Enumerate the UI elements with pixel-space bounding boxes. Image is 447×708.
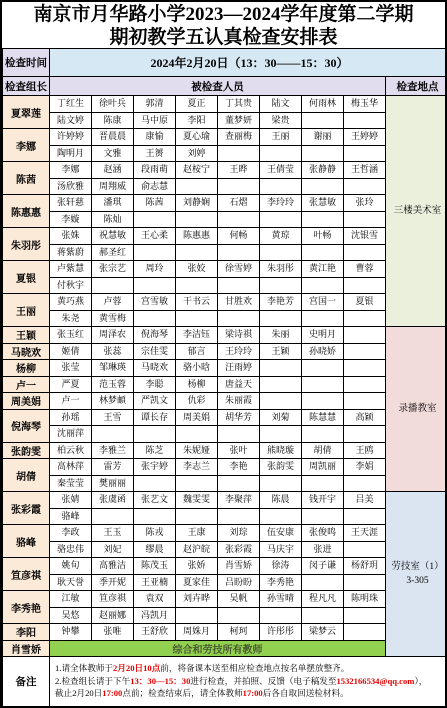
group-leader-cell: 陈惠惠 — [3, 195, 50, 228]
empty-cell — [176, 508, 218, 525]
group-leader-cell: 李阳 — [3, 624, 50, 641]
person-cell: 王亚楠 — [134, 574, 176, 591]
person-cell: 王天涯 — [344, 525, 386, 542]
person-cell: 梅玉华 — [344, 96, 386, 113]
empty-cell — [260, 607, 302, 624]
person-cell: 笪彦祺 — [92, 591, 134, 608]
remark-text: 后各自取回送检材料。 — [263, 688, 349, 698]
empty-cell — [260, 145, 302, 162]
person-cell: 张轩慈 — [50, 195, 92, 212]
person-cell: 陈芝 — [134, 442, 176, 459]
empty-cell — [302, 277, 344, 294]
person-cell: 夏家佳 — [176, 574, 218, 591]
empty-cell — [344, 178, 386, 195]
person-cell: 秦莹莹 — [50, 475, 92, 492]
person-cell: 李雅兰 — [92, 442, 134, 459]
location-column-header: 检查地点 — [386, 77, 447, 96]
person-cell: 李秀艳 — [260, 574, 302, 591]
table-row: 王丽黄巧燕卢蓉宫雪敏干书云甘胜欢李艳芳宫国一夏银 — [3, 294, 447, 311]
person-cell: 陈慧慧 — [302, 409, 344, 426]
empty-cell — [302, 211, 344, 228]
empty-cell — [92, 508, 134, 525]
person-cell: 李玲玲 — [260, 195, 302, 212]
person-cell: 赵沪皖 — [176, 541, 218, 558]
person-cell: 郭清 — [134, 96, 176, 113]
remark-highlight: 1532166534@qq.com — [336, 676, 414, 686]
empty-cell — [344, 393, 386, 410]
person-cell: 张慧敏 — [302, 195, 344, 212]
table-row: 马晓欢姬倩张蕊宗佳雯郁言王玲玲王颖孙晓娇 — [3, 343, 447, 360]
remark-highlight: 17:00 — [243, 688, 263, 698]
person-cell: 刘婷 — [176, 145, 218, 162]
person-cell: 赵涵 — [92, 162, 134, 179]
empty-cell — [344, 624, 386, 641]
person-cell: 李艳芳 — [260, 294, 302, 311]
person-cell: 蒋紫蔚 — [50, 244, 92, 261]
empty-cell — [260, 393, 302, 410]
person-cell: 许彤彤 — [260, 624, 302, 641]
empty-cell — [134, 426, 176, 443]
person-cell: 赵丽娜 — [92, 607, 134, 624]
person-cell: 杨舒玥 — [344, 558, 386, 575]
person-cell: 石熠 — [218, 195, 260, 212]
person-cell: 王康 — [176, 525, 218, 542]
person-cell: 马晓欢 — [134, 360, 176, 377]
person-cell: 张娇 — [176, 558, 218, 575]
person-cell: 王哲涵 — [344, 162, 386, 179]
empty-cell — [344, 145, 386, 162]
empty-cell — [302, 360, 344, 377]
person-cell: 孙雪晴 — [260, 591, 302, 608]
empty-cell — [302, 112, 344, 129]
empty-cell — [302, 244, 344, 261]
table-row: 耿天誉季开妮王亚楠夏家佳吕盼盼李秀艳 — [3, 574, 447, 591]
empty-cell — [260, 310, 302, 327]
person-cell: 高雅洁 — [92, 558, 134, 575]
table-row: 周美娟卢一林梦頔严凯文仇彩朱丽霞 — [3, 393, 447, 410]
person-cell: 夏正 — [176, 96, 218, 113]
person-cell: 王丽 — [260, 129, 302, 146]
inspected-column-header: 被检查人员 — [50, 77, 386, 96]
person-cell: 王赟 — [134, 145, 176, 162]
person-cell: 闵子谦 — [302, 558, 344, 575]
person-cell: 张姣 — [176, 261, 218, 278]
person-cell: 郁言 — [176, 343, 218, 360]
group-leader-cell: 张韵雯 — [3, 442, 50, 459]
empty-cell — [302, 574, 344, 591]
person-cell: 陈茜 — [134, 195, 176, 212]
empty-cell — [302, 178, 344, 195]
person-cell: 张静静 — [302, 162, 344, 179]
person-cell: 夏心瑜 — [176, 129, 218, 146]
group-leader-cell: 倪海琴 — [3, 409, 50, 442]
person-cell: 雷芳 — [92, 459, 134, 476]
empty-cell — [260, 376, 302, 393]
person-cell: 陆文 — [260, 96, 302, 113]
person-cell: 骆忠伟 — [50, 541, 92, 558]
person-cell: 张蕊 — [92, 343, 134, 360]
person-cell: 梁贵 — [260, 112, 302, 129]
person-cell: 张韵雯 — [260, 459, 302, 476]
empty-cell — [344, 277, 386, 294]
table-row: 陈茜李娜赵涵段雨萌赵桉宁王晔王倩莹张静静王哲涵 — [3, 162, 447, 179]
person-cell: 付秋宇 — [50, 277, 92, 294]
empty-cell — [302, 393, 344, 410]
empty-cell — [260, 244, 302, 261]
table-row: 付秋宇 — [3, 277, 447, 294]
person-cell: 张莹 — [50, 360, 92, 377]
person-cell: 张宗艺 — [92, 261, 134, 278]
remark-body: 1.请全体教师于2月20日10点前，将备课本送至相应检查地点按名单摆放整齐。2.… — [50, 656, 447, 706]
person-cell: 冯凯月 — [134, 607, 176, 624]
group-leader-cell: 夏银 — [3, 261, 50, 294]
person-cell: 卢蓉 — [92, 294, 134, 311]
table-row: 沈丽萍 — [3, 426, 447, 443]
empty-cell — [344, 574, 386, 591]
remark-text: 点前；检查结束后，请全体教师 — [122, 688, 242, 698]
person-cell: 王倩莹 — [260, 162, 302, 179]
person-cell: 孙晓娇 — [302, 343, 344, 360]
person-cell: 仇彩 — [176, 393, 218, 410]
group-leader-cell: 张彩霞 — [3, 492, 50, 525]
empty-cell — [260, 475, 302, 492]
remark-line: 2.检查组长请于下午13：30—15：30进行检查，并拍照、反馈（电子稿发至15… — [55, 675, 445, 688]
inspection-table: 检查时间 2024年2月20日（13：30——15：30） 检查组长 被检查人员… — [2, 48, 447, 707]
empty-cell — [134, 244, 176, 261]
table-row: 王颖张玉红周泽农倪海琴李洁钰梁诗祺朱丽史明月录播教室 — [3, 327, 447, 344]
person-cell: 李政 — [50, 525, 92, 542]
person-cell: 熊晓璇 — [260, 442, 302, 459]
person-cell: 文雅 — [92, 145, 134, 162]
person-cell: 张虞函 — [92, 492, 134, 509]
person-cell: 王舒欣 — [134, 624, 176, 641]
empty-cell — [218, 211, 260, 228]
inspection-table-body: 夏翠莲丁红生徐叶兵郭清夏正丁其贵陆文何雨林梅玉华三楼美术室陆文婷陈康马中原李阳董… — [3, 96, 447, 657]
empty-cell — [260, 360, 302, 377]
table-row: 卢一严夏范玉蓉李聪杨柳唐益天 — [3, 376, 447, 393]
empty-cell — [344, 343, 386, 360]
person-cell: 柯珂 — [218, 624, 260, 641]
location-cell: 劳技室（1） 3-305 — [386, 492, 447, 657]
person-cell: 陈茂玉 — [134, 558, 176, 575]
group-leader-cell: 朱羽彤 — [3, 228, 50, 261]
group-leader-cell: 骆峰 — [3, 525, 50, 558]
person-cell: 梁诗祺 — [218, 327, 260, 344]
person-cell: 康愉 — [134, 129, 176, 146]
empty-cell — [260, 426, 302, 443]
location-cell: 三楼美术室 — [386, 96, 447, 327]
person-cell: 徐雪婷 — [218, 261, 260, 278]
table-row: 杨柳张莹邹琳瑛马晓欢骆小晗汪雨婷 — [3, 360, 447, 377]
person-cell: 史明月 — [302, 327, 344, 344]
person-cell: 李志兰 — [176, 459, 218, 476]
table-row: 陈惠惠张轩慈潘琪陈茜刘静娴石熠李玲玲张慧敏张玲 — [3, 195, 447, 212]
person-cell: 袁双 — [134, 591, 176, 608]
empty-cell — [302, 145, 344, 162]
table-row: 秦莹莹樊丽丽 — [3, 475, 447, 492]
person-cell: 姬倩 — [50, 343, 92, 360]
person-cell: 周玲 — [134, 261, 176, 278]
table-row: 李嫙陈灿 — [3, 211, 447, 228]
person-cell: 何雨林 — [302, 96, 344, 113]
person-cell: 马中原 — [134, 112, 176, 129]
person-cell: 姚旬 — [50, 558, 92, 575]
person-cell: 周泽农 — [92, 327, 134, 344]
person-cell: 张叶 — [218, 442, 260, 459]
table-row: 骆峰 — [3, 508, 447, 525]
person-cell: 王颖 — [260, 343, 302, 360]
person-cell: 刘菊 — [260, 409, 302, 426]
person-cell: 张姝 — [50, 228, 92, 245]
table-row: 朱尧黄雪梅 — [3, 310, 447, 327]
empty-cell — [344, 376, 386, 393]
person-cell: 王婷婷 — [344, 129, 386, 146]
person-cell: 吕美 — [344, 492, 386, 509]
empty-cell — [260, 277, 302, 294]
person-cell: 季开妮 — [92, 574, 134, 591]
location-cell: 录播教室 — [386, 327, 447, 492]
empty-cell — [134, 211, 176, 228]
group-leader-cell: 陈茜 — [3, 162, 50, 195]
inspection-table-head: 检查时间 2024年2月20日（13：30——15：30） 检查组长 被检查人员… — [3, 49, 447, 96]
remark-text: ）， — [414, 676, 427, 686]
empty-cell — [218, 277, 260, 294]
empty-cell — [344, 541, 386, 558]
remark-highlight: 17:00 — [102, 688, 122, 698]
person-cell: 柏云秋 — [50, 442, 92, 459]
empty-cell — [344, 244, 386, 261]
group-leader-cell: 李娜 — [3, 129, 50, 162]
remark-text: 前，将备课本送至相应检查地点按名单摆放整齐。 — [160, 663, 349, 673]
table-row: 李娜许婷婷晋晨晨康愉夏心瑜查丽梅王丽谢丽王婷婷 — [3, 129, 447, 146]
empty-cell — [176, 178, 218, 195]
table-row: 夏银卢紫慧张宗艺周玲张姣徐雪婷朱羽彤黄江艳曹蓉 — [3, 261, 447, 278]
group-leader-cell: 卢一 — [3, 376, 50, 393]
person-cell: 王雪 — [92, 409, 134, 426]
person-cell: 徐涛 — [260, 558, 302, 575]
empty-cell — [218, 475, 260, 492]
person-cell: 朱羽彤 — [260, 261, 302, 278]
person-cell: 叶畅 — [302, 228, 344, 245]
person-cell: 谭长存 — [134, 409, 176, 426]
group-leader-cell: 杨柳 — [3, 360, 50, 377]
person-cell: 陈晨 — [260, 492, 302, 509]
person-cell: 张玉红 — [50, 327, 92, 344]
table-row: 李秀艳江敏笪彦祺袁双刘卉晔吴帆孙雪晴程凡凡陈明珠 — [3, 591, 447, 608]
person-cell: 干书云 — [176, 294, 218, 311]
person-cell: 高林萍 — [50, 459, 92, 476]
person-cell: 陈明珠 — [344, 591, 386, 608]
empty-cell — [344, 508, 386, 525]
person-cell: 宫雪敏 — [134, 294, 176, 311]
empty-cell — [344, 475, 386, 492]
person-cell: 董梦妍 — [218, 112, 260, 129]
person-cell: 朱丽 — [260, 327, 302, 344]
person-cell: 骆峰 — [50, 508, 92, 525]
table-row: 笪彦祺姚旬高雅洁陈茂玉张娇肖雪娇徐涛闵子谦杨舒玥 — [3, 558, 447, 575]
empty-cell — [134, 277, 176, 294]
person-cell: 吴帆 — [218, 591, 260, 608]
person-cell: 曹蓉 — [344, 261, 386, 278]
empty-cell — [176, 277, 218, 294]
person-cell: 张彩霞 — [218, 541, 260, 558]
person-cell: 魏雯雯 — [176, 492, 218, 509]
group-leader-cell: 李秀艳 — [3, 591, 50, 624]
empty-cell — [176, 211, 218, 228]
empty-cell — [344, 607, 386, 624]
person-cell: 唐益天 — [218, 376, 260, 393]
person-cell: 张艺文 — [134, 492, 176, 509]
person-cell: 祝慧敏 — [92, 228, 134, 245]
group-leader-cell: 笪彦祺 — [3, 558, 50, 591]
table-row: 胡倩高林萍雷芳张宇婷李志兰李艳张韵雯周凯丽李娟 — [3, 459, 447, 476]
empty-cell — [176, 244, 218, 261]
person-cell: 邹琳瑛 — [92, 360, 134, 377]
person-cell: 王鸥 — [344, 442, 386, 459]
person-cell: 张玲 — [344, 195, 386, 212]
person-cell: 张唯 — [92, 624, 134, 641]
person-cell: 刘妃 — [92, 541, 134, 558]
person-cell: 朱尧 — [50, 310, 92, 327]
empty-cell — [260, 508, 302, 525]
person-cell: 黄巧燕 — [50, 294, 92, 311]
person-cell: 周凯丽 — [302, 459, 344, 476]
person-cell: 沈银雪 — [344, 228, 386, 245]
person-cell: 江敏 — [50, 591, 92, 608]
person-cell: 耿天誉 — [50, 574, 92, 591]
person-cell: 程凡凡 — [302, 591, 344, 608]
person-cell: 陈惠惠 — [176, 228, 218, 245]
person-cell: 晋晨晨 — [92, 129, 134, 146]
empty-cell — [344, 310, 386, 327]
person-cell: 汪雨婷 — [218, 360, 260, 377]
person-cell: 杨柳 — [176, 376, 218, 393]
person-cell: 黄江艳 — [302, 261, 344, 278]
remark-highlight: 2月20日10点 — [113, 663, 160, 673]
person-cell: 俞志慧 — [134, 178, 176, 195]
person-cell: 李聪 — [134, 376, 176, 393]
empty-cell — [302, 607, 344, 624]
remark-text: 2.检查组长请于下午 — [55, 676, 130, 686]
table-row: 骆忠伟刘妃缪晨赵沪皖张彩霞马庆宇张进 — [3, 541, 447, 558]
person-cell: 肖雪娇 — [218, 558, 260, 575]
person-cell: 马庆宇 — [260, 541, 302, 558]
page-title-line2: 期初教学五认真检查安排表 — [2, 26, 445, 49]
person-cell: 段雨萌 — [134, 162, 176, 179]
person-cell: 孙瑶 — [50, 409, 92, 426]
person-cell: 缪晨 — [134, 541, 176, 558]
empty-cell — [218, 145, 260, 162]
person-cell: 张俊鸣 — [302, 525, 344, 542]
empty-cell — [302, 310, 344, 327]
person-cell: 王玉 — [92, 525, 134, 542]
person-cell: 周姝月 — [176, 624, 218, 641]
person-cell: 朱丽霞 — [218, 393, 260, 410]
person-cell: 陈康 — [92, 112, 134, 129]
person-cell: 丁其贵 — [218, 96, 260, 113]
group-leader-cell: 胡倩 — [3, 459, 50, 492]
column-header-row: 检查组长 被检查人员 检查地点 — [3, 77, 447, 96]
empty-cell — [218, 508, 260, 525]
group-leader-cell: 夏翠莲 — [3, 96, 50, 129]
person-cell: 严凯文 — [134, 393, 176, 410]
person-cell: 甘胜欢 — [218, 294, 260, 311]
empty-cell — [302, 376, 344, 393]
table-row: 张韵雯柏云秋李雅兰陈芝朱妮娅张叶熊晓璇胡倩王鸥 — [3, 442, 447, 459]
empty-cell — [134, 475, 176, 492]
empty-cell — [344, 211, 386, 228]
person-cell: 李阳 — [176, 112, 218, 129]
empty-cell — [260, 178, 302, 195]
person-cell: 樊丽丽 — [92, 475, 134, 492]
table-row: 肖雪娇综合和劳技所有教师 — [3, 640, 447, 656]
time-row: 检查时间 2024年2月20日（13：30——15：30） — [3, 49, 447, 77]
empty-cell — [302, 426, 344, 443]
page-title: 南京市月华路小学2023—2024学年度第二学期 期初教学五认真检查安排表 — [2, 2, 445, 48]
table-row: 倪海琴孙瑶王雪谭长存周美娟胡华芳刘菊陈慧慧高颖 — [3, 409, 447, 426]
group-leader-cell: 王丽 — [3, 294, 50, 327]
remark-text: 1.请全体教师于 — [55, 663, 113, 673]
group-leader-cell: 周美娟 — [3, 393, 50, 410]
person-cell: 潘琪 — [92, 195, 134, 212]
person-cell: 吕盼盼 — [218, 574, 260, 591]
empty-cell — [218, 178, 260, 195]
person-cell: 胡华芳 — [218, 409, 260, 426]
person-cell: 黄雪梅 — [92, 310, 134, 327]
empty-cell — [344, 426, 386, 443]
person-cell: 查丽梅 — [218, 129, 260, 146]
person-cell: 李聚萍 — [218, 492, 260, 509]
table-row: 夏翠莲丁红生徐叶兵郭清夏正丁其贵陆文何雨林梅玉华三楼美术室 — [3, 96, 447, 113]
empty-cell — [344, 360, 386, 377]
person-cell: 张婧 — [50, 492, 92, 509]
person-cell: 王晔 — [218, 162, 260, 179]
person-cell: 陈灿 — [92, 211, 134, 228]
empty-cell — [176, 426, 218, 443]
person-cell: 王玲玲 — [218, 343, 260, 360]
person-cell: 陈戎 — [134, 525, 176, 542]
table-row: 蒋紫蔚郝圣红 — [3, 244, 447, 261]
empty-cell — [302, 508, 344, 525]
table-row: 朱羽彤张姝祝慧敏王心柔陈惠惠何畅黄琼叶畅沈银雪 — [3, 228, 447, 245]
empty-cell — [134, 310, 176, 327]
person-cell: 周翔威 — [92, 178, 134, 195]
empty-cell — [92, 277, 134, 294]
empty-cell — [260, 211, 302, 228]
person-cell: 李嫙 — [50, 211, 92, 228]
remark-text: 截止2月20日 — [55, 688, 102, 698]
person-cell: 徐叶兵 — [92, 96, 134, 113]
empty-cell — [344, 112, 386, 129]
person-cell: 卢一 — [50, 393, 92, 410]
person-cell: 李洁钰 — [176, 327, 218, 344]
person-cell: 许婷婷 — [50, 129, 92, 146]
person-cell: 林梦頔 — [92, 393, 134, 410]
person-cell: 朱妮娅 — [176, 442, 218, 459]
table-row: 汤欣雅周翔威俞志慧 — [3, 178, 447, 195]
person-cell: 丁红生 — [50, 96, 92, 113]
group-leader-cell: 马晓欢 — [3, 343, 50, 360]
table-row: 吴悠赵丽娜冯凯月 — [3, 607, 447, 624]
schedule-sheet: 南京市月华路小学2023—2024学年度第二学期 期初教学五认真检查安排表 检查… — [0, 0, 447, 708]
person-cell: 陶明月 — [50, 145, 92, 162]
person-cell: 李艳 — [218, 459, 260, 476]
empty-cell — [218, 310, 260, 327]
empty-cell — [218, 426, 260, 443]
empty-cell — [176, 310, 218, 327]
person-cell: 陆文婷 — [50, 112, 92, 129]
person-cell: 李娜 — [50, 162, 92, 179]
